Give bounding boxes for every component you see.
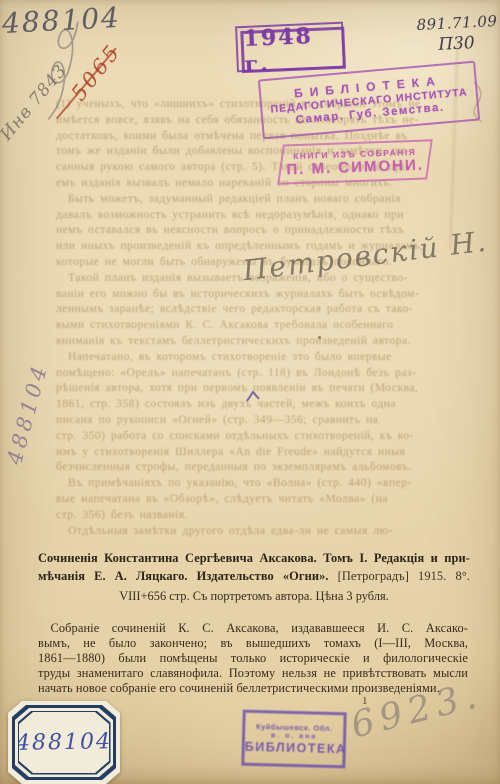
- year-stamp-text: 1948 г.: [240, 27, 346, 73]
- citation-line1: Сочиненія Константина Сергѣевича Аксаков…: [38, 549, 470, 567]
- scanned-book-page: (1) ученыхъ, что «лишнихъ» стихотвореній…: [0, 0, 500, 784]
- accession-label: 488104: [8, 701, 120, 784]
- call-number-class: 891.71.09: [413, 12, 498, 34]
- citation-line3: VIII+656 стр. Съ портретомъ автора. Цѣна…: [38, 587, 470, 605]
- citation-line2: мѣчанія Е. А. Ляцкаго. Издательство «Огн…: [38, 567, 470, 585]
- ink-speck: [318, 336, 321, 339]
- check-mark: [246, 390, 262, 404]
- body-paragraph: Собраніе сочиненій К. С. Аксакова, издав…: [38, 621, 468, 696]
- accession-label-center: 488104: [19, 712, 109, 773]
- regional-library-stamp: Куйбышевск. Обл. в. о. ана БИБЛИОТЕКА: [241, 710, 346, 769]
- citation-line2-regular: [Петроградъ] 1915. 8°.: [329, 569, 470, 583]
- label-number: 488104: [16, 729, 112, 756]
- simoni-stamp: КНИГИ ИЗЪ СОБРАНІЯ П. М. СИМОНИ.: [279, 139, 430, 184]
- year-stamp: 1948 г.: [235, 22, 345, 73]
- call-number-cutter: П30: [414, 32, 499, 56]
- citation-heading: Сочиненія Константина Сергѣевича Аксаков…: [38, 549, 470, 605]
- call-number: 891.71.09 П30: [413, 12, 499, 56]
- regional-stamp-line3: БИБЛИОТЕКА: [245, 740, 343, 757]
- citation-line2-bold: мѣчанія Е. А. Ляцкаго. Издательство «Огн…: [38, 569, 329, 583]
